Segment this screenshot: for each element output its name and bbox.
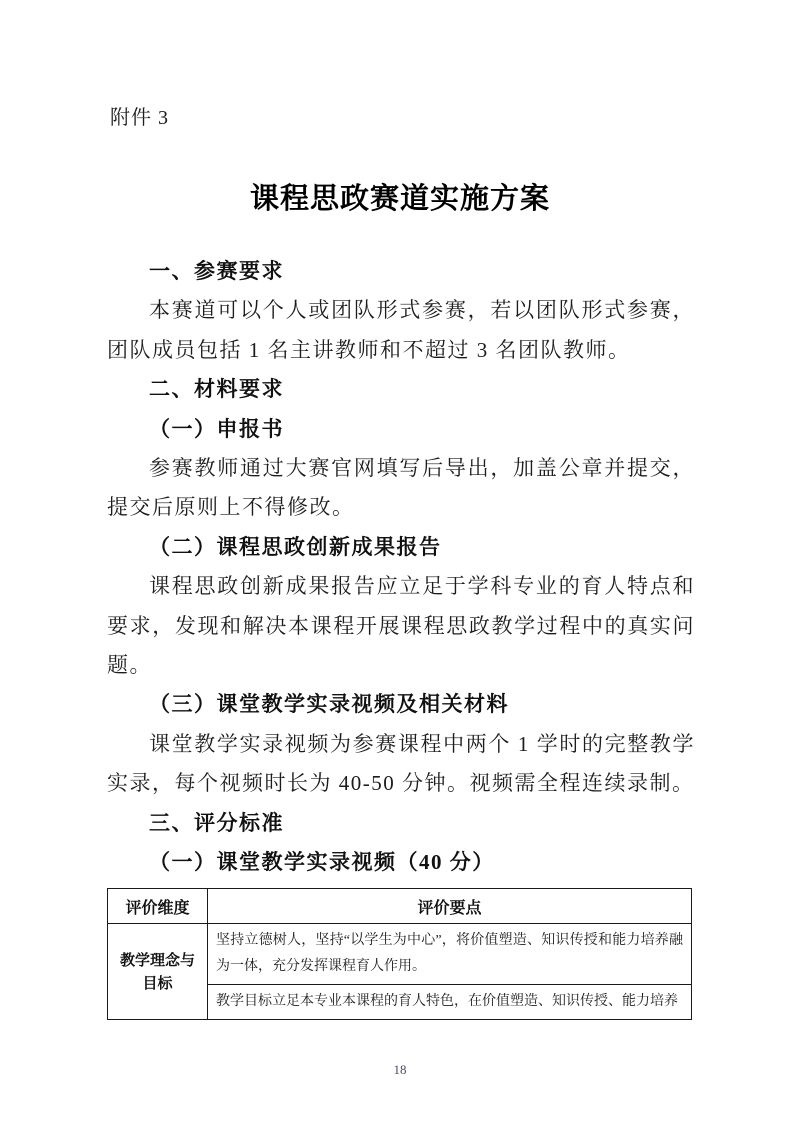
subheading-innovation-report: （二）课程思政创新成果报告 xyxy=(107,528,695,567)
heading-participation-requirements: 一、参赛要求 xyxy=(107,252,695,291)
para-innovation-report: 课程思政创新成果报告应立足于学科专业的育人特点和要求，发现和解决本课程开展课程思… xyxy=(107,567,695,685)
cell-point-1: 坚持立德树人，坚持“以学生为中心”，将价值塑造、知识传授和能力培养融为一体，充分… xyxy=(208,924,692,985)
table-header-row: 评价维度 评价要点 xyxy=(108,889,692,924)
document-page: 附件 3 课程思政赛道实施方案 一、参赛要求 本赛道可以个人或团队形式参赛，若以… xyxy=(0,0,800,1131)
heading-material-requirements: 二、材料要求 xyxy=(107,370,695,409)
scoring-table: 评价维度 评价要点 教学理念与目标 坚持立德树人，坚持“以学生为中心”，将价值塑… xyxy=(107,888,692,1020)
table-header-points: 评价要点 xyxy=(208,889,692,924)
subheading-video-score: （一）课堂教学实录视频（40 分） xyxy=(107,843,695,882)
table-row: 教学理念与目标 坚持立德树人，坚持“以学生为中心”，将价值塑造、知识传授和能力培… xyxy=(108,924,692,985)
cell-point-2: 教学目标立足本专业本课程的育人特色，在价值塑造、知识传授、能力培养 xyxy=(208,985,692,1020)
para-participation-rule: 本赛道可以个人或团队形式参赛，若以团队形式参赛，团队成员包括 1 名主讲教师和不… xyxy=(107,291,695,370)
table-header-dimension: 评价维度 xyxy=(108,889,208,924)
subheading-application-form: （一）申报书 xyxy=(107,410,695,449)
heading-scoring-criteria: 三、评分标准 xyxy=(107,804,695,843)
attachment-label: 附件 3 xyxy=(110,101,169,130)
subheading-video-materials: （三）课堂教学实录视频及相关材料 xyxy=(107,685,695,724)
para-application-form: 参赛教师通过大赛官网填写后导出，加盖公章并提交，提交后原则上不得修改。 xyxy=(107,449,695,528)
para-video-materials: 课堂教学实录视频为参赛课程中两个 1 学时的完整教学实录，每个视频时长为 40-… xyxy=(107,725,695,804)
page-number: 18 xyxy=(0,1062,800,1078)
cell-dimension: 教学理念与目标 xyxy=(108,924,208,1020)
document-title: 课程思政赛道实施方案 xyxy=(0,176,800,217)
document-body: 一、参赛要求 本赛道可以个人或团队形式参赛，若以团队形式参赛，团队成员包括 1 … xyxy=(107,252,695,883)
